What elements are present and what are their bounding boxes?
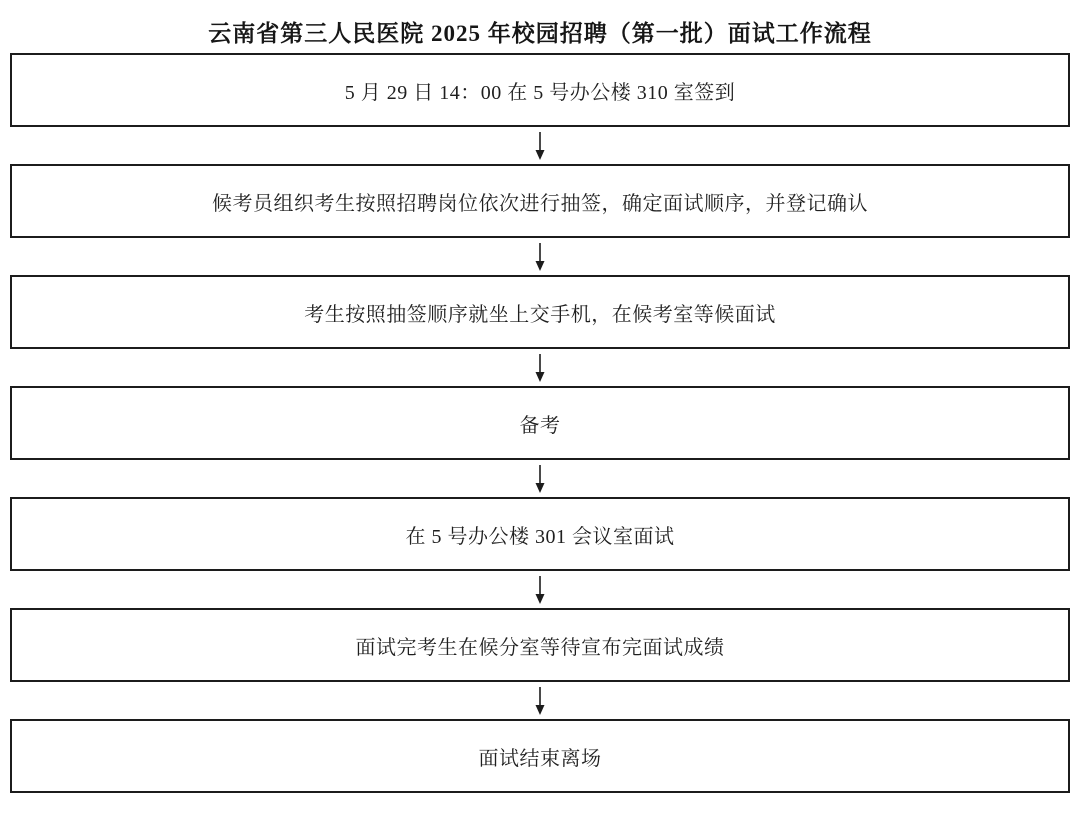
- flow-connector: [10, 571, 1070, 608]
- flow-step: 备考: [10, 386, 1070, 460]
- flow-connector: [10, 127, 1070, 164]
- page-title: 云南省第三人民医院 2025 年校园招聘（第一批）面试工作流程: [0, 0, 1080, 53]
- flow-step: 候考员组织考生按照招聘岗位依次进行抽签，确定面试顺序，并登记确认: [10, 164, 1070, 238]
- flow-step-label: 在 5 号办公楼 301 会议室面试: [386, 520, 695, 549]
- flowchart: 5 月 29 日 14：00 在 5 号办公楼 310 室签到 候考员组织考生按…: [10, 53, 1070, 793]
- flow-step: 在 5 号办公楼 301 会议室面试: [10, 497, 1070, 571]
- flow-step: 考生按照抽签顺序就坐上交手机，在候考室等候面试: [10, 275, 1070, 349]
- flowchart-page: 云南省第三人民医院 2025 年校园招聘（第一批）面试工作流程 5 月 29 日…: [0, 0, 1080, 830]
- flow-step: 面试完考生在候分室等待宣布完面试成绩: [10, 608, 1070, 682]
- down-arrow-icon: [532, 687, 548, 715]
- flow-connector: [10, 349, 1070, 386]
- down-arrow-icon: [532, 576, 548, 604]
- down-arrow-icon: [532, 465, 548, 493]
- flow-connector: [10, 682, 1070, 719]
- flow-connector: [10, 238, 1070, 275]
- flow-step-label: 考生按照抽签顺序就坐上交手机，在候考室等候面试: [284, 298, 796, 327]
- flow-step: 5 月 29 日 14：00 在 5 号办公楼 310 室签到: [10, 53, 1070, 127]
- down-arrow-icon: [532, 243, 548, 271]
- down-arrow-icon: [532, 354, 548, 382]
- flow-step: 面试结束离场: [10, 719, 1070, 793]
- flow-connector: [10, 460, 1070, 497]
- flow-step-label: 候考员组织考生按照招聘岗位依次进行抽签，确定面试顺序，并登记确认: [192, 187, 888, 216]
- flow-step-label: 面试结束离场: [459, 742, 622, 771]
- flow-step-label: 面试完考生在候分室等待宣布完面试成绩: [336, 631, 745, 660]
- flow-step-label: 备考: [500, 409, 581, 438]
- down-arrow-icon: [532, 132, 548, 160]
- flow-step-label: 5 月 29 日 14：00 在 5 号办公楼 310 室签到: [325, 76, 756, 105]
